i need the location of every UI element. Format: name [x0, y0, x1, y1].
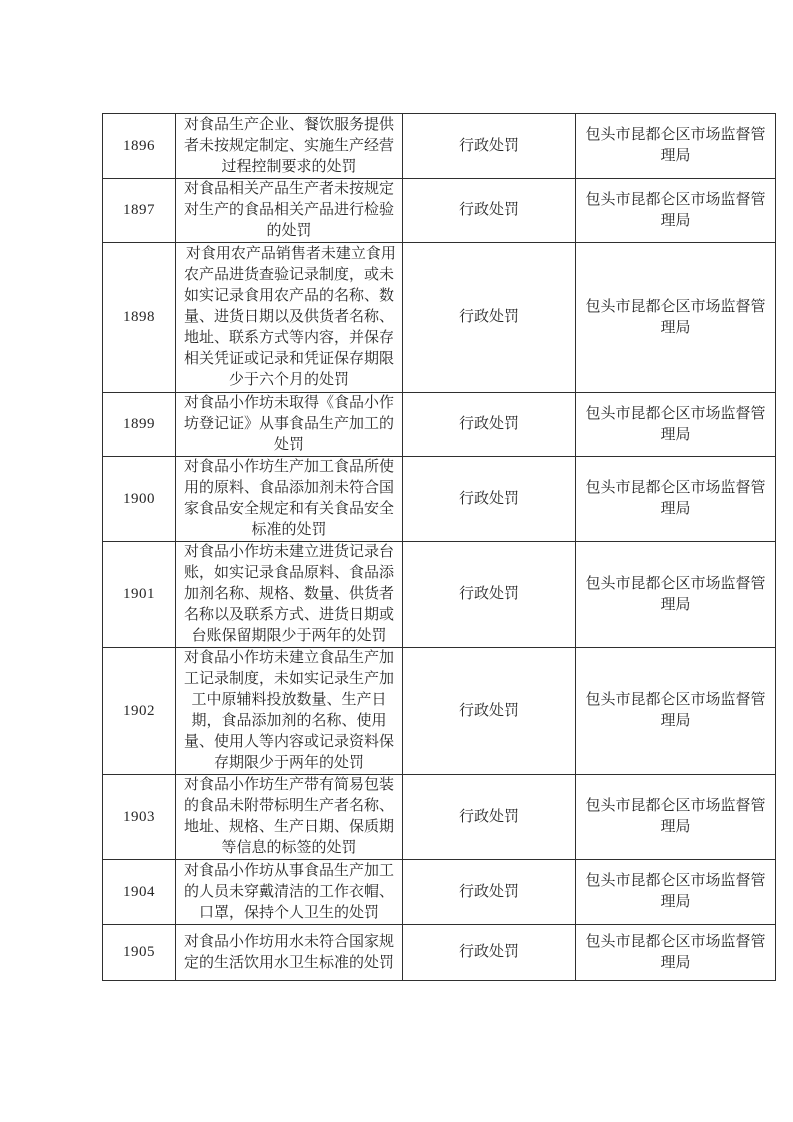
penalty-type: 行政处罚 [403, 860, 576, 925]
implementing-authority: 包头市昆都仑区市场监督管 理局 [576, 457, 776, 542]
implementing-authority: 包头市昆都仑区市场监督管 理局 [576, 114, 776, 179]
row-number: 1897 [103, 179, 176, 243]
penalty-type: 行政处罚 [403, 243, 576, 393]
implementing-authority: 包头市昆都仑区市场监督管 理局 [576, 925, 776, 981]
document-page: 1896 对食品生产企业、餐饮服务提供 者未按规定制定、实施生产经营 过程控制要… [0, 0, 793, 1122]
penalty-matter: 对食品生产企业、餐饮服务提供 者未按规定制定、实施生产经营 过程控制要求的处罚 [176, 114, 403, 179]
penalty-matter: 对食品小作坊生产加工食品所使 用的原料、食品添加剂未符合国 家食品安全规定和有关… [176, 457, 403, 542]
implementing-authority: 包头市昆都仑区市场监督管 理局 [576, 542, 776, 648]
row-number: 1899 [103, 393, 176, 457]
implementing-authority: 包头市昆都仑区市场监督管 理局 [576, 648, 776, 775]
table-row: 1905 对食品小作坊用水未符合国家规 定的生活饮用水卫生标准的处罚 行政处罚 … [103, 925, 776, 981]
penalty-matter: 对食品小作坊未取得《食品小作 坊登记证》从事食品生产加工的 处罚 [176, 393, 403, 457]
row-number: 1904 [103, 860, 176, 925]
row-number: 1896 [103, 114, 176, 179]
implementing-authority: 包头市昆都仑区市场监督管 理局 [576, 243, 776, 393]
penalty-matter: 对食品小作坊用水未符合国家规 定的生活饮用水卫生标准的处罚 [176, 925, 403, 981]
penalty-type: 行政处罚 [403, 393, 576, 457]
penalty-type: 行政处罚 [403, 925, 576, 981]
penalty-type: 行政处罚 [403, 648, 576, 775]
penalty-type: 行政处罚 [403, 542, 576, 648]
penalty-type: 行政处罚 [403, 114, 576, 179]
penalty-type: 行政处罚 [403, 179, 576, 243]
penalty-matter: 对食品小作坊从事食品生产加工 的人员未穿戴清洁的工作衣帽、 口罩，保持个人卫生的… [176, 860, 403, 925]
penalty-matter: 对食用农产品销售者未建立食用 农产品进货查验记录制度，或未 如实记录食用农产品的… [176, 243, 403, 393]
row-number: 1905 [103, 925, 176, 981]
table-row: 1904 对食品小作坊从事食品生产加工 的人员未穿戴清洁的工作衣帽、 口罩，保持… [103, 860, 776, 925]
implementing-authority: 包头市昆都仑区市场监督管 理局 [576, 393, 776, 457]
penalty-table: 1896 对食品生产企业、餐饮服务提供 者未按规定制定、实施生产经营 过程控制要… [102, 113, 776, 981]
table-row: 1903 对食品小作坊生产带有简易包装 的食品未附带标明生产者名称、 地址、规格… [103, 775, 776, 860]
penalty-type: 行政处罚 [403, 457, 576, 542]
penalty-matter: 对食品相关产品生产者未按规定 对生产的食品相关产品进行检验 的处罚 [176, 179, 403, 243]
row-number: 1902 [103, 648, 176, 775]
table-row: 1899 对食品小作坊未取得《食品小作 坊登记证》从事食品生产加工的 处罚 行政… [103, 393, 776, 457]
row-number: 1900 [103, 457, 176, 542]
row-number: 1898 [103, 243, 176, 393]
implementing-authority: 包头市昆都仑区市场监督管 理局 [576, 179, 776, 243]
table-row: 1898 对食用农产品销售者未建立食用 农产品进货查验记录制度，或未 如实记录食… [103, 243, 776, 393]
penalty-matter: 对食品小作坊未建立食品生产加 工记录制度，未如实记录生产加 工中原辅料投放数量、… [176, 648, 403, 775]
table-row: 1900 对食品小作坊生产加工食品所使 用的原料、食品添加剂未符合国 家食品安全… [103, 457, 776, 542]
row-number: 1903 [103, 775, 176, 860]
implementing-authority: 包头市昆都仑区市场监督管 理局 [576, 775, 776, 860]
row-number: 1901 [103, 542, 176, 648]
table-row: 1897 对食品相关产品生产者未按规定 对生产的食品相关产品进行检验 的处罚 行… [103, 179, 776, 243]
table-row: 1902 对食品小作坊未建立食品生产加 工记录制度，未如实记录生产加 工中原辅料… [103, 648, 776, 775]
implementing-authority: 包头市昆都仑区市场监督管 理局 [576, 860, 776, 925]
table-row: 1901 对食品小作坊未建立进货记录台 账，如实记录食品原料、食品添 加剂名称、… [103, 542, 776, 648]
penalty-matter: 对食品小作坊生产带有简易包装 的食品未附带标明生产者名称、 地址、规格、生产日期… [176, 775, 403, 860]
penalty-type: 行政处罚 [403, 775, 576, 860]
table-row: 1896 对食品生产企业、餐饮服务提供 者未按规定制定、实施生产经营 过程控制要… [103, 114, 776, 179]
penalty-matter: 对食品小作坊未建立进货记录台 账，如实记录食品原料、食品添 加剂名称、规格、数量… [176, 542, 403, 648]
